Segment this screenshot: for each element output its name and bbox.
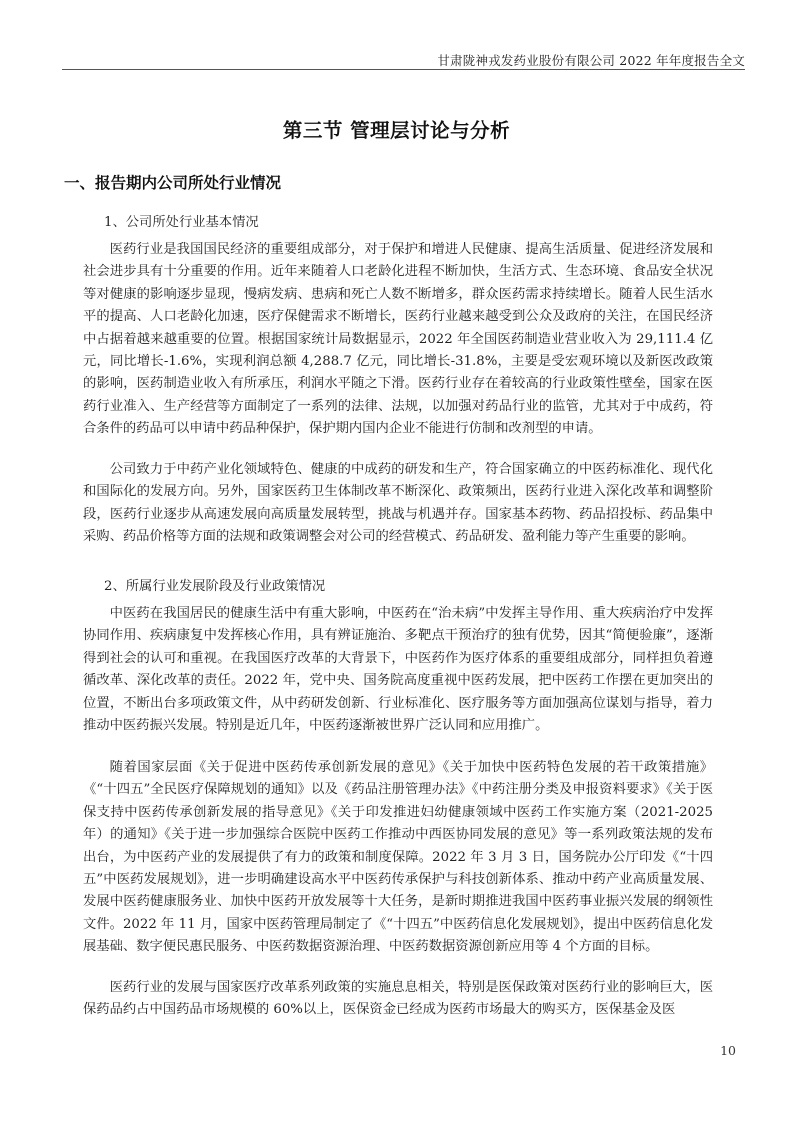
page-title: 第三节 管理层讨论与分析 — [0, 115, 793, 143]
paragraph: 随着国家层面《关于促进中医药传承创新发展的意见》《关于加快中医药特色发展的若干政… — [83, 757, 713, 959]
paragraph: 医药行业是我国国民经济的重要组成部分，对于保护和增进人民健康、提高生活质量、促进… — [83, 239, 713, 441]
running-header: 甘肃陇神戎发药业股份有限公司 2022 年年度报告全文 — [437, 51, 745, 69]
paragraph: 公司致力于中药产业化领域特色、健康的中成药的研发和生产，符合国家确立的中医药标准… — [83, 459, 713, 549]
paragraph: 医药行业的发展与国家医疗改革系列政策的实施息息相关，特别是医保政策对医药行业的影… — [83, 977, 713, 1022]
header-divider — [62, 69, 745, 70]
section-heading: 一、报告期内公司所处行业情况 — [64, 171, 281, 193]
page-number: 10 — [720, 1043, 736, 1058]
subsection-heading-2: 2、所属行业发展阶段及行业政策情况 — [104, 575, 325, 594]
subsection-heading-1: 1、公司所处行业基本情况 — [104, 211, 259, 230]
paragraph: 中医药在我国居民的健康生活中有重大影响，中医药在“治未病”中发挥主导作用、重大疾… — [83, 603, 713, 737]
